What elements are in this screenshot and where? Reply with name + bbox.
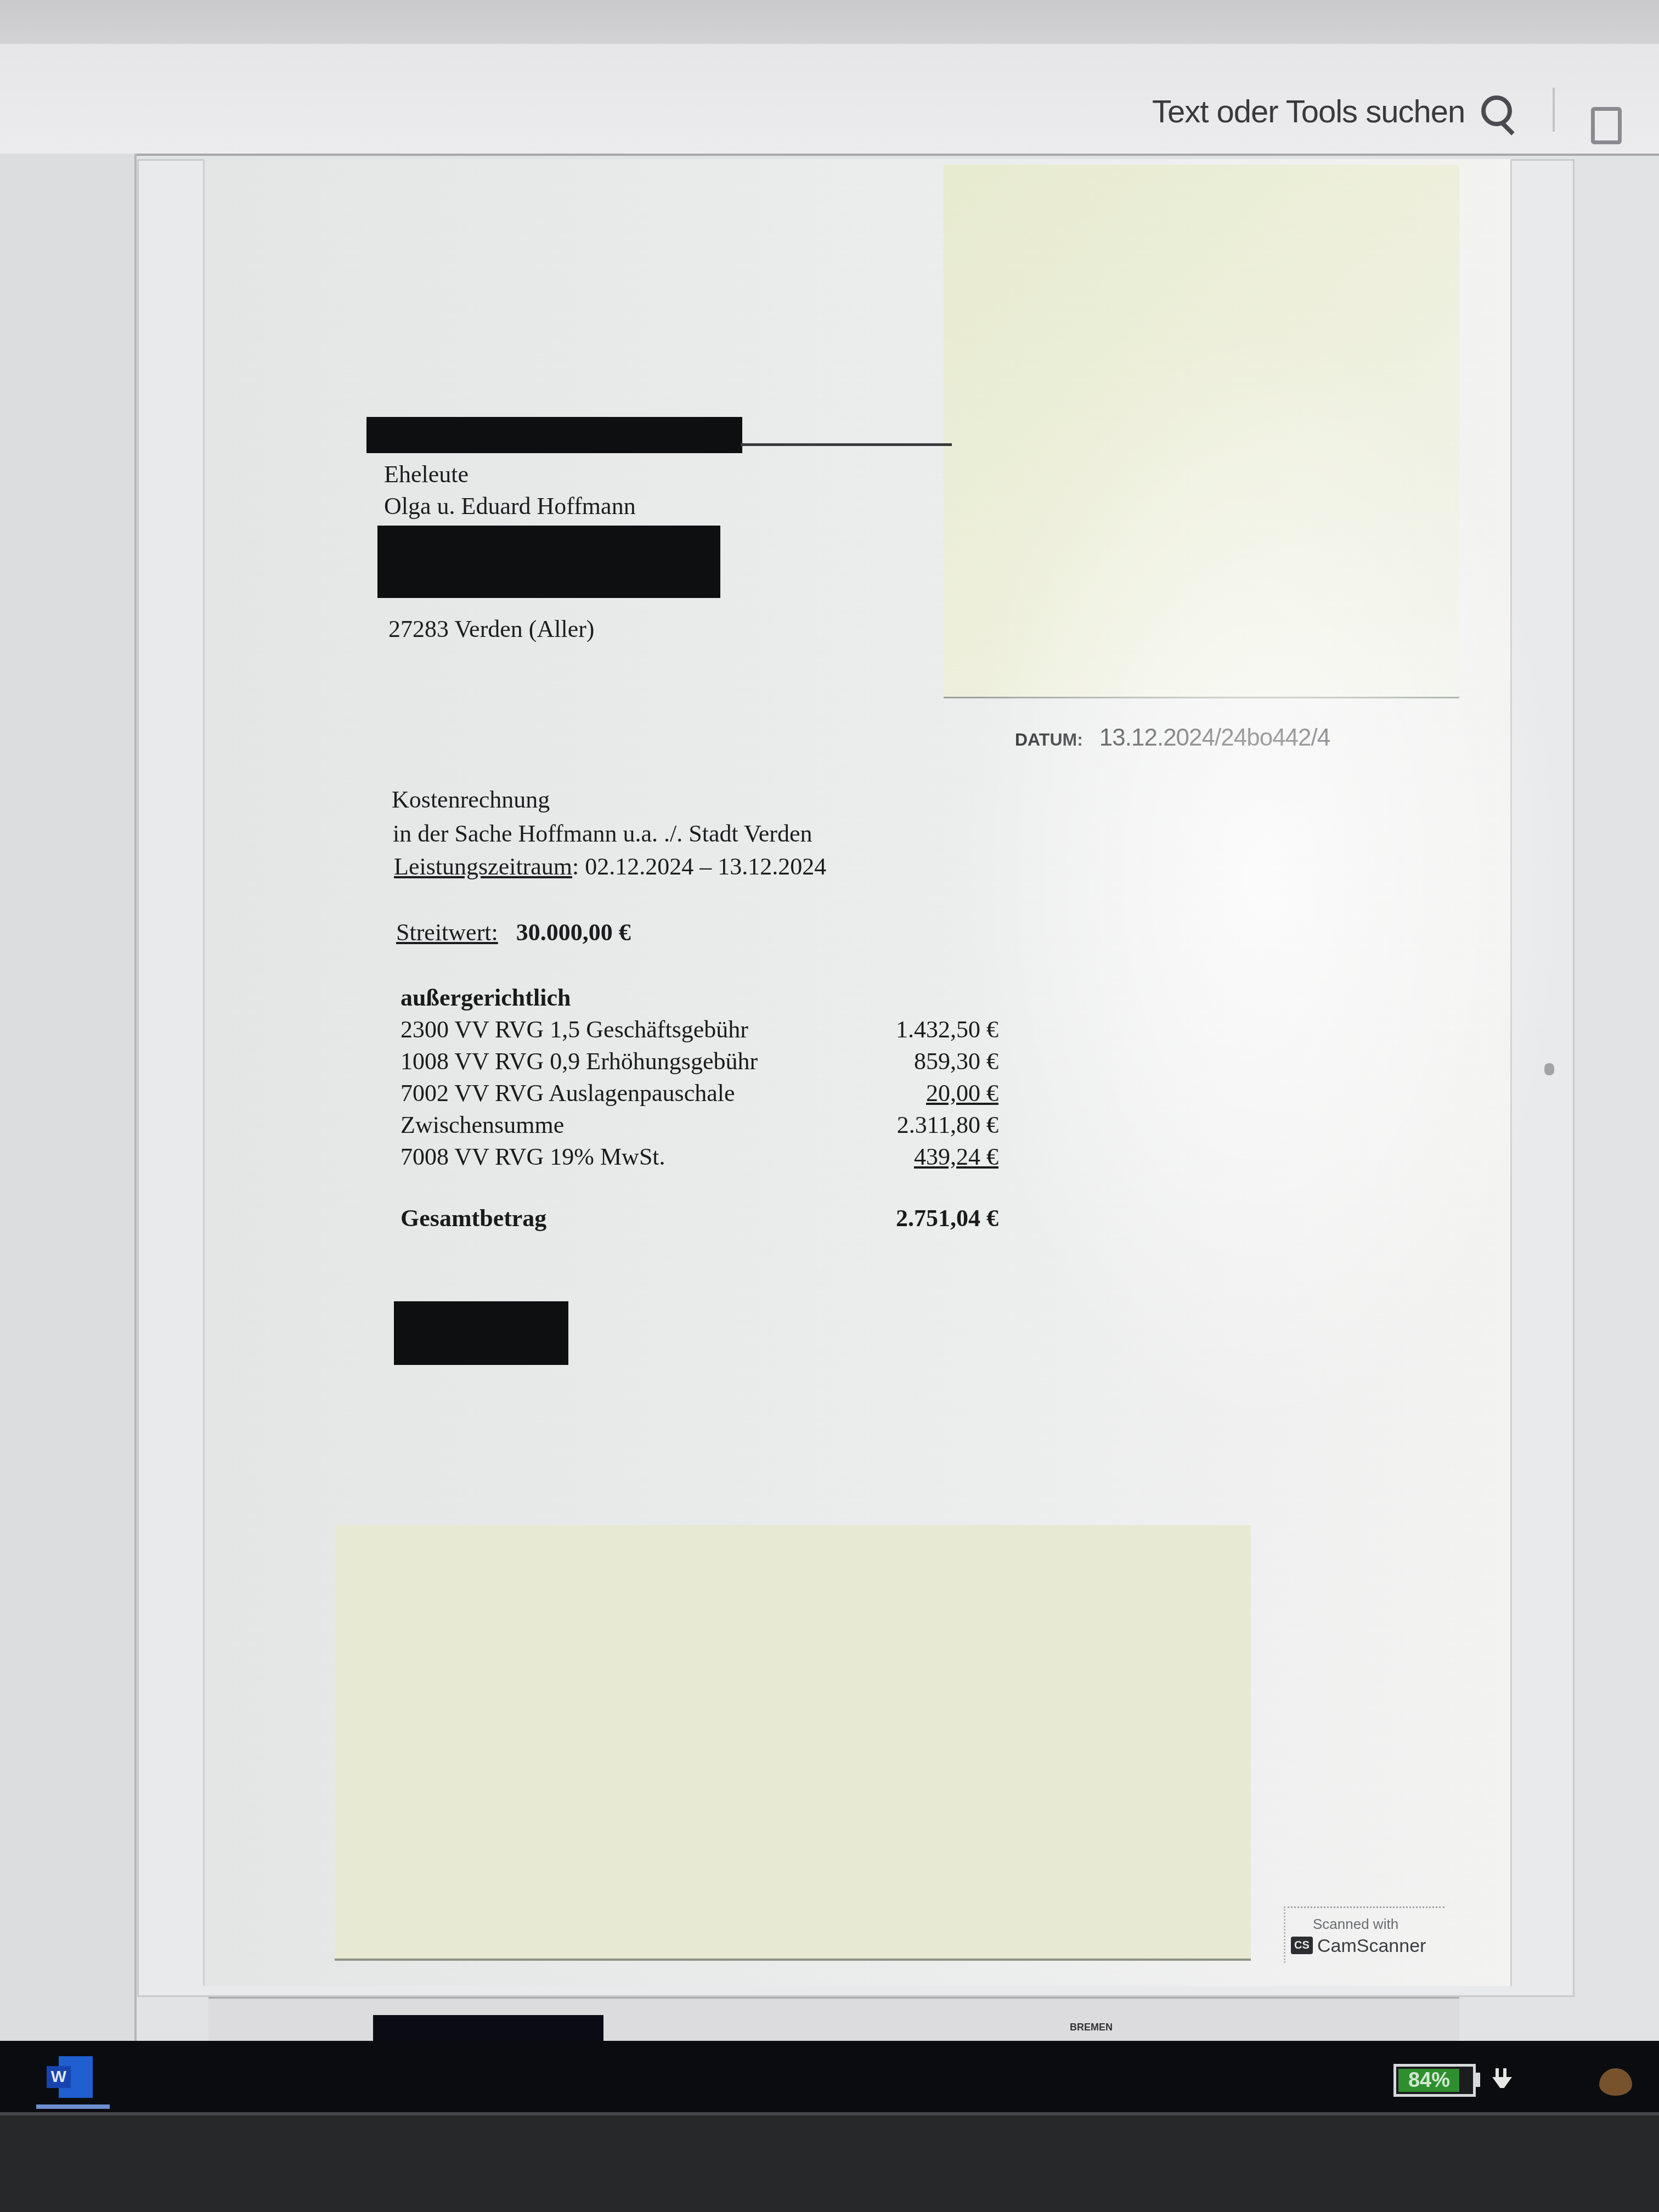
service-period-value: : 02.12.2024 – 13.12.2024 — [572, 853, 826, 880]
search-icon[interactable] — [1481, 95, 1514, 128]
datum-value: 13.12.2024/24bo442/4 — [1099, 724, 1330, 752]
redacted-sender-line — [366, 417, 742, 453]
cost-amount: 439,24 € — [914, 1141, 998, 1173]
cost-amount: 859,30 € — [914, 1046, 998, 1077]
taskbar: W 84% — [0, 2041, 1659, 2112]
battery-indicator[interactable]: 84% — [1393, 2064, 1476, 2097]
recipient-city: 27283 Verden (Aller) — [388, 613, 595, 646]
search-input[interactable]: Text oder Tools suchen — [1152, 93, 1465, 130]
cost-amount: 20,00 € — [926, 1077, 998, 1109]
cost-row: 1008 VV RVG 0,9 Erhöhungsgebühr 859,30 € — [400, 1046, 998, 1077]
redacted-street-address — [377, 526, 720, 598]
battery-tip — [1476, 2073, 1480, 2087]
desk-surface — [0, 2112, 1659, 2212]
charging-plug-icon — [1492, 2068, 1512, 2096]
cost-row: 7002 VV RVG Auslagenpauschale 20,00 € — [400, 1077, 998, 1109]
tray-app-icon[interactable] — [1599, 2068, 1632, 2096]
streitwert-label: Streitwert: — [396, 919, 498, 946]
battery-percent: 84% — [1396, 2067, 1462, 2094]
total-amount: 2.751,04 € — [896, 1203, 998, 1234]
word-icon-letter: W — [47, 2066, 71, 2088]
save-icon[interactable] — [1591, 107, 1622, 144]
recipient-salutation: Eheleute — [384, 458, 469, 491]
address-window-rule — [741, 443, 952, 446]
datum-label: DATUM: — [1015, 730, 1083, 750]
streitwert: Streitwert: 30.000,00 € — [396, 916, 631, 949]
next-page-text: BREMEN — [1070, 2022, 1113, 2033]
date-reference: DATUM: 13.12.2024/24bo442/4 — [1015, 724, 1330, 752]
next-document-page: BREMEN — [208, 1997, 1459, 2042]
subtotal-row: Zwischensumme 2.311,80 € — [400, 1109, 998, 1141]
recipient-names: Olga u. Eduard Hoffmann — [384, 490, 636, 523]
cost-label: 7008 VV RVG 19% MwSt. — [400, 1141, 665, 1173]
cost-section-heading: außergerichtlich — [400, 982, 998, 1014]
stamp-line2: CamScanner — [1317, 1936, 1426, 1957]
cost-row: 2300 VV RVG 1,5 Geschäftsgebühr 1.432,50… — [400, 1014, 998, 1046]
footer-area — [335, 1525, 1251, 1961]
total-label: Gesamtbetrag — [400, 1203, 546, 1234]
service-period-label: Leistungszeitraum — [394, 853, 572, 880]
toolbar-divider — [1553, 88, 1555, 132]
active-app-indicator — [36, 2104, 110, 2109]
top-toolbar: Text oder Tools suchen — [0, 44, 1659, 156]
stamp-line1: Scanned with — [1313, 1916, 1398, 1933]
total-row: Gesamtbetrag 2.751,04 € — [400, 1203, 998, 1234]
navigation-pane — [0, 154, 137, 2041]
camscanner-stamp: Scanned with CS CamScanner — [1284, 1906, 1444, 1963]
matter-line: in der Sache Hoffmann u.a. ./. Stadt Ver… — [393, 817, 812, 850]
cost-table: außergerichtlich 2300 VV RVG 1,5 Geschäf… — [400, 982, 998, 1234]
vat-row: 7008 VV RVG 19% MwSt. 439,24 € — [400, 1141, 998, 1173]
search-tools-box[interactable]: Text oder Tools suchen — [1152, 93, 1514, 130]
cost-label: 2300 VV RVG 1,5 Geschäftsgebühr — [400, 1014, 748, 1046]
service-period: Leistungszeitraum: 02.12.2024 – 13.12.20… — [394, 850, 826, 883]
streitwert-value: 30.000,00 € — [516, 919, 631, 946]
cost-label: 7002 VV RVG Auslagenpauschale — [400, 1077, 735, 1109]
camscanner-logo-icon: CS — [1291, 1937, 1313, 1954]
cost-label: 1008 VV RVG 0,9 Erhöhungsgebühr — [400, 1046, 758, 1077]
taskbar-word-app[interactable]: W — [47, 2056, 96, 2100]
invoice-title: Kostenrechnung — [392, 783, 550, 816]
cost-label: Zwischensumme — [400, 1109, 564, 1141]
letterhead-area — [944, 165, 1459, 698]
cost-amount: 2.311,80 € — [897, 1109, 998, 1141]
scroll-marker[interactable] — [1544, 1063, 1554, 1075]
cost-amount: 1.432,50 € — [896, 1014, 998, 1046]
redacted-signature — [394, 1301, 568, 1365]
